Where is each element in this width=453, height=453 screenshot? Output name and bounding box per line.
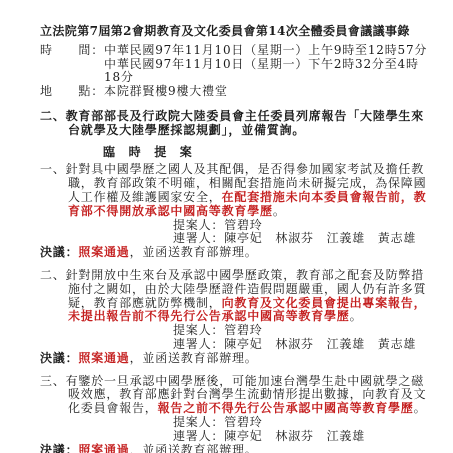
motion-text: 三、有鑒於一旦承認中國學歷後，可能加速台灣學生赴中國就學之磁吸效應，教育部應針對… xyxy=(40,375,433,416)
motion-body-emphasis: 報告之前不得先行公告承認中國高等教育學歷 xyxy=(158,401,414,415)
place-value: 本院群賢樓9樓大禮堂 xyxy=(104,85,433,99)
report-item-number: 二、 xyxy=(40,109,66,123)
resolution-result: 照案通過 xyxy=(78,351,129,365)
cosigner-line: 連署人：陳亭妃 林淑芬 江義雄 黃志雄 xyxy=(173,338,433,352)
time-line-1: 中華民國97年11月10日（星期一）上午9時至12時57分 xyxy=(104,44,433,58)
time-line-2: 中華民國97年11月10日（星期一）下午2時32分至4時18分 xyxy=(104,58,433,86)
motion-text: 二、針對開放中生來台及承認中國學歷政策，教育部之配套及防弊措施付之闕如，由於大陸… xyxy=(40,269,433,324)
motion-body-tail: 。 xyxy=(414,401,427,415)
cosigner-label: 連署人： xyxy=(173,231,224,245)
motion-text: 一、針對具中國學歷之國人及其配偶，是否得參加國家考試及擔任教職，教育部政策不明確… xyxy=(40,163,433,218)
motion-body-tail: 。 xyxy=(273,204,286,218)
time-value: 中華民國97年11月10日（星期一）上午9時至12時57分 中華民國97年11月… xyxy=(104,44,433,85)
page-title: 立法院第7屆第2會期教育及文化委員會第14次全體委員會議議事錄 xyxy=(40,25,433,39)
resolution-tail: ，並函送教育部辦理。 xyxy=(130,245,258,259)
cosigner-line: 連署人：陳亭妃 林淑芬 江義雄 xyxy=(173,430,433,444)
cosigner-names: 陳亭妃 林淑芬 江義雄 黃志雄 xyxy=(224,231,416,245)
report-item-text: 教育部部長及行政院大陸委員會主任委員列席報告「大陸學生來台就學及大陸學歷採認規劃… xyxy=(66,109,424,137)
proposer-line: 提案人：管碧玲 xyxy=(173,416,433,430)
motion-item-2: 二、針對開放中生來台及承認中國學歷政策，教育部之配套及防弊措施付之闕如，由於大陸… xyxy=(40,269,433,366)
cosigner-names: 陳亭妃 林淑芬 江義雄 黃志雄 xyxy=(224,337,416,351)
proposer-line: 提案人：管碧玲 xyxy=(173,324,433,338)
cosigner-label: 連署人： xyxy=(173,337,224,351)
resolution-line: 決議：照案通過，並函送教育部辦理。 xyxy=(40,246,433,260)
cosigner-names: 陳亭妃 林淑芬 江義雄 xyxy=(224,429,365,443)
motion-number: 三、 xyxy=(40,374,66,388)
resolution-label: 決議： xyxy=(40,443,78,453)
report-item: 二、教育部部長及行政院大陸委員會主任委員列席報告「大陸學生來台就學及大陸學歷採認… xyxy=(40,110,433,138)
motion-item-1: 一、針對具中國學歷之國人及其配偶，是否得參加國家考試及擔任教職，教育部政策不明確… xyxy=(40,163,433,260)
resolution-tail: ，並函送教育部辦理。 xyxy=(130,443,258,453)
section-heading: 臨 時 提 案 xyxy=(103,146,433,160)
proposer-name: 管碧玲 xyxy=(224,218,262,232)
motion-item-3: 三、有鑒於一旦承認中國學歷後，可能加速台灣學生赴中國就學之磁吸效應，教育部應針對… xyxy=(40,375,433,453)
resolution-label: 決議： xyxy=(40,245,78,259)
resolution-line: 決議：照案通過，並函送教育部辦理。 xyxy=(40,444,433,453)
proposer-label: 提案人： xyxy=(173,415,224,429)
proposer-name: 管碧玲 xyxy=(224,415,262,429)
motion-number: 二、 xyxy=(40,268,66,282)
proposer-label: 提案人： xyxy=(173,218,224,232)
place-label: 地 點： xyxy=(40,85,104,99)
proposer-name: 管碧玲 xyxy=(224,323,262,337)
resolution-result: 照案通過 xyxy=(78,443,129,453)
resolution-tail: ，並函送教育部辦理。 xyxy=(130,351,258,365)
meeting-place-row: 地 點： 本院群賢樓9樓大禮堂 xyxy=(40,85,433,99)
resolution-label: 決議： xyxy=(40,351,78,365)
time-label: 時 間： xyxy=(40,44,104,85)
proposer-label: 提案人： xyxy=(173,323,224,337)
resolution-result: 照案通過 xyxy=(78,245,129,259)
motion-number: 一、 xyxy=(40,162,66,176)
resolution-line: 決議：照案通過，並函送教育部辦理。 xyxy=(40,352,433,366)
motion-body-tail: 。 xyxy=(350,309,363,323)
document-page: 立法院第7屆第2會期教育及文化委員會第14次全體委員會議議事錄 時 間： 中華民… xyxy=(0,0,453,453)
meeting-time-row: 時 間： 中華民國97年11月10日（星期一）上午9時至12時57分 中華民國9… xyxy=(40,44,433,85)
cosigner-label: 連署人： xyxy=(173,429,224,443)
